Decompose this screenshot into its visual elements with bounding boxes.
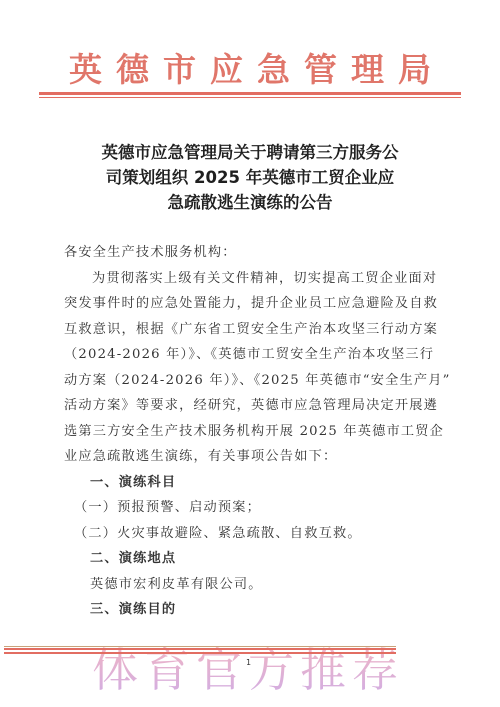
body-line: 活动方案》等要求，经研究，英德市应急管理局决定开展遴 [64, 393, 436, 419]
section-heading-purpose: 三、演练目的 [90, 597, 436, 623]
masthead-org-name: 英德市应急管理局 [0, 48, 500, 92]
page-number: 1 [246, 658, 251, 667]
title-line: 英德市应急管理局关于聘请第三方服务公 [40, 140, 460, 165]
document-title: 英德市应急管理局关于聘请第三方服务公 司策划组织 2025 年英德市工贸企业应 … [40, 140, 460, 215]
section-item: （一）预报预警、启动预案； [74, 495, 436, 521]
salutation: 各安全生产技术服务机构： [64, 240, 436, 266]
body-line: 突发事件时的应急处置能力，提升企业员工应急避险及自救 [64, 291, 436, 317]
section-heading-subjects: 一、演练科目 [90, 470, 436, 496]
body-line: 为贯彻落实上级有关文件精神，切实提高工贸企业面对 [92, 266, 436, 292]
title-line: 急疏散逃生演练的公告 [40, 190, 460, 215]
document-body: 各安全生产技术服务机构： 为贯彻落实上级有关文件精神，切实提高工贸企业面对 突发… [76, 240, 436, 623]
body-line: 业应急疏散逃生演练，有关事项公告如下： [64, 444, 436, 470]
section-item: 英德市宏利皮革有限公司。 [90, 572, 436, 598]
body-line: （2024-2026 年）》、《英德市工贸安全生产治本攻坚三行 [64, 342, 436, 368]
masthead-rule-thin [39, 97, 461, 98]
footer-rule-thin [4, 646, 396, 647]
section-item: （二）火灾事故避险、紧急疏散、自救互救。 [74, 521, 436, 547]
masthead-rule-thick [39, 92, 461, 95]
body-line: 互救意识，根据《广东省工贸安全生产治本攻坚三行动方案 [64, 317, 436, 343]
watermark-text: 体育官方推荐 [92, 642, 404, 698]
body-line: 选第三方安全生产技术服务机构开展 2025 年英德市工贸企 [64, 419, 436, 445]
footer-rule-bottom [4, 652, 396, 654]
footer-rule-top [4, 648, 396, 650]
body-line: 动方案（2024-2026 年）》、《2025 年英德市“安全生产月” [64, 368, 436, 394]
title-line: 司策划组织 2025 年英德市工贸企业应 [40, 165, 460, 190]
section-heading-location: 二、演练地点 [90, 546, 436, 572]
